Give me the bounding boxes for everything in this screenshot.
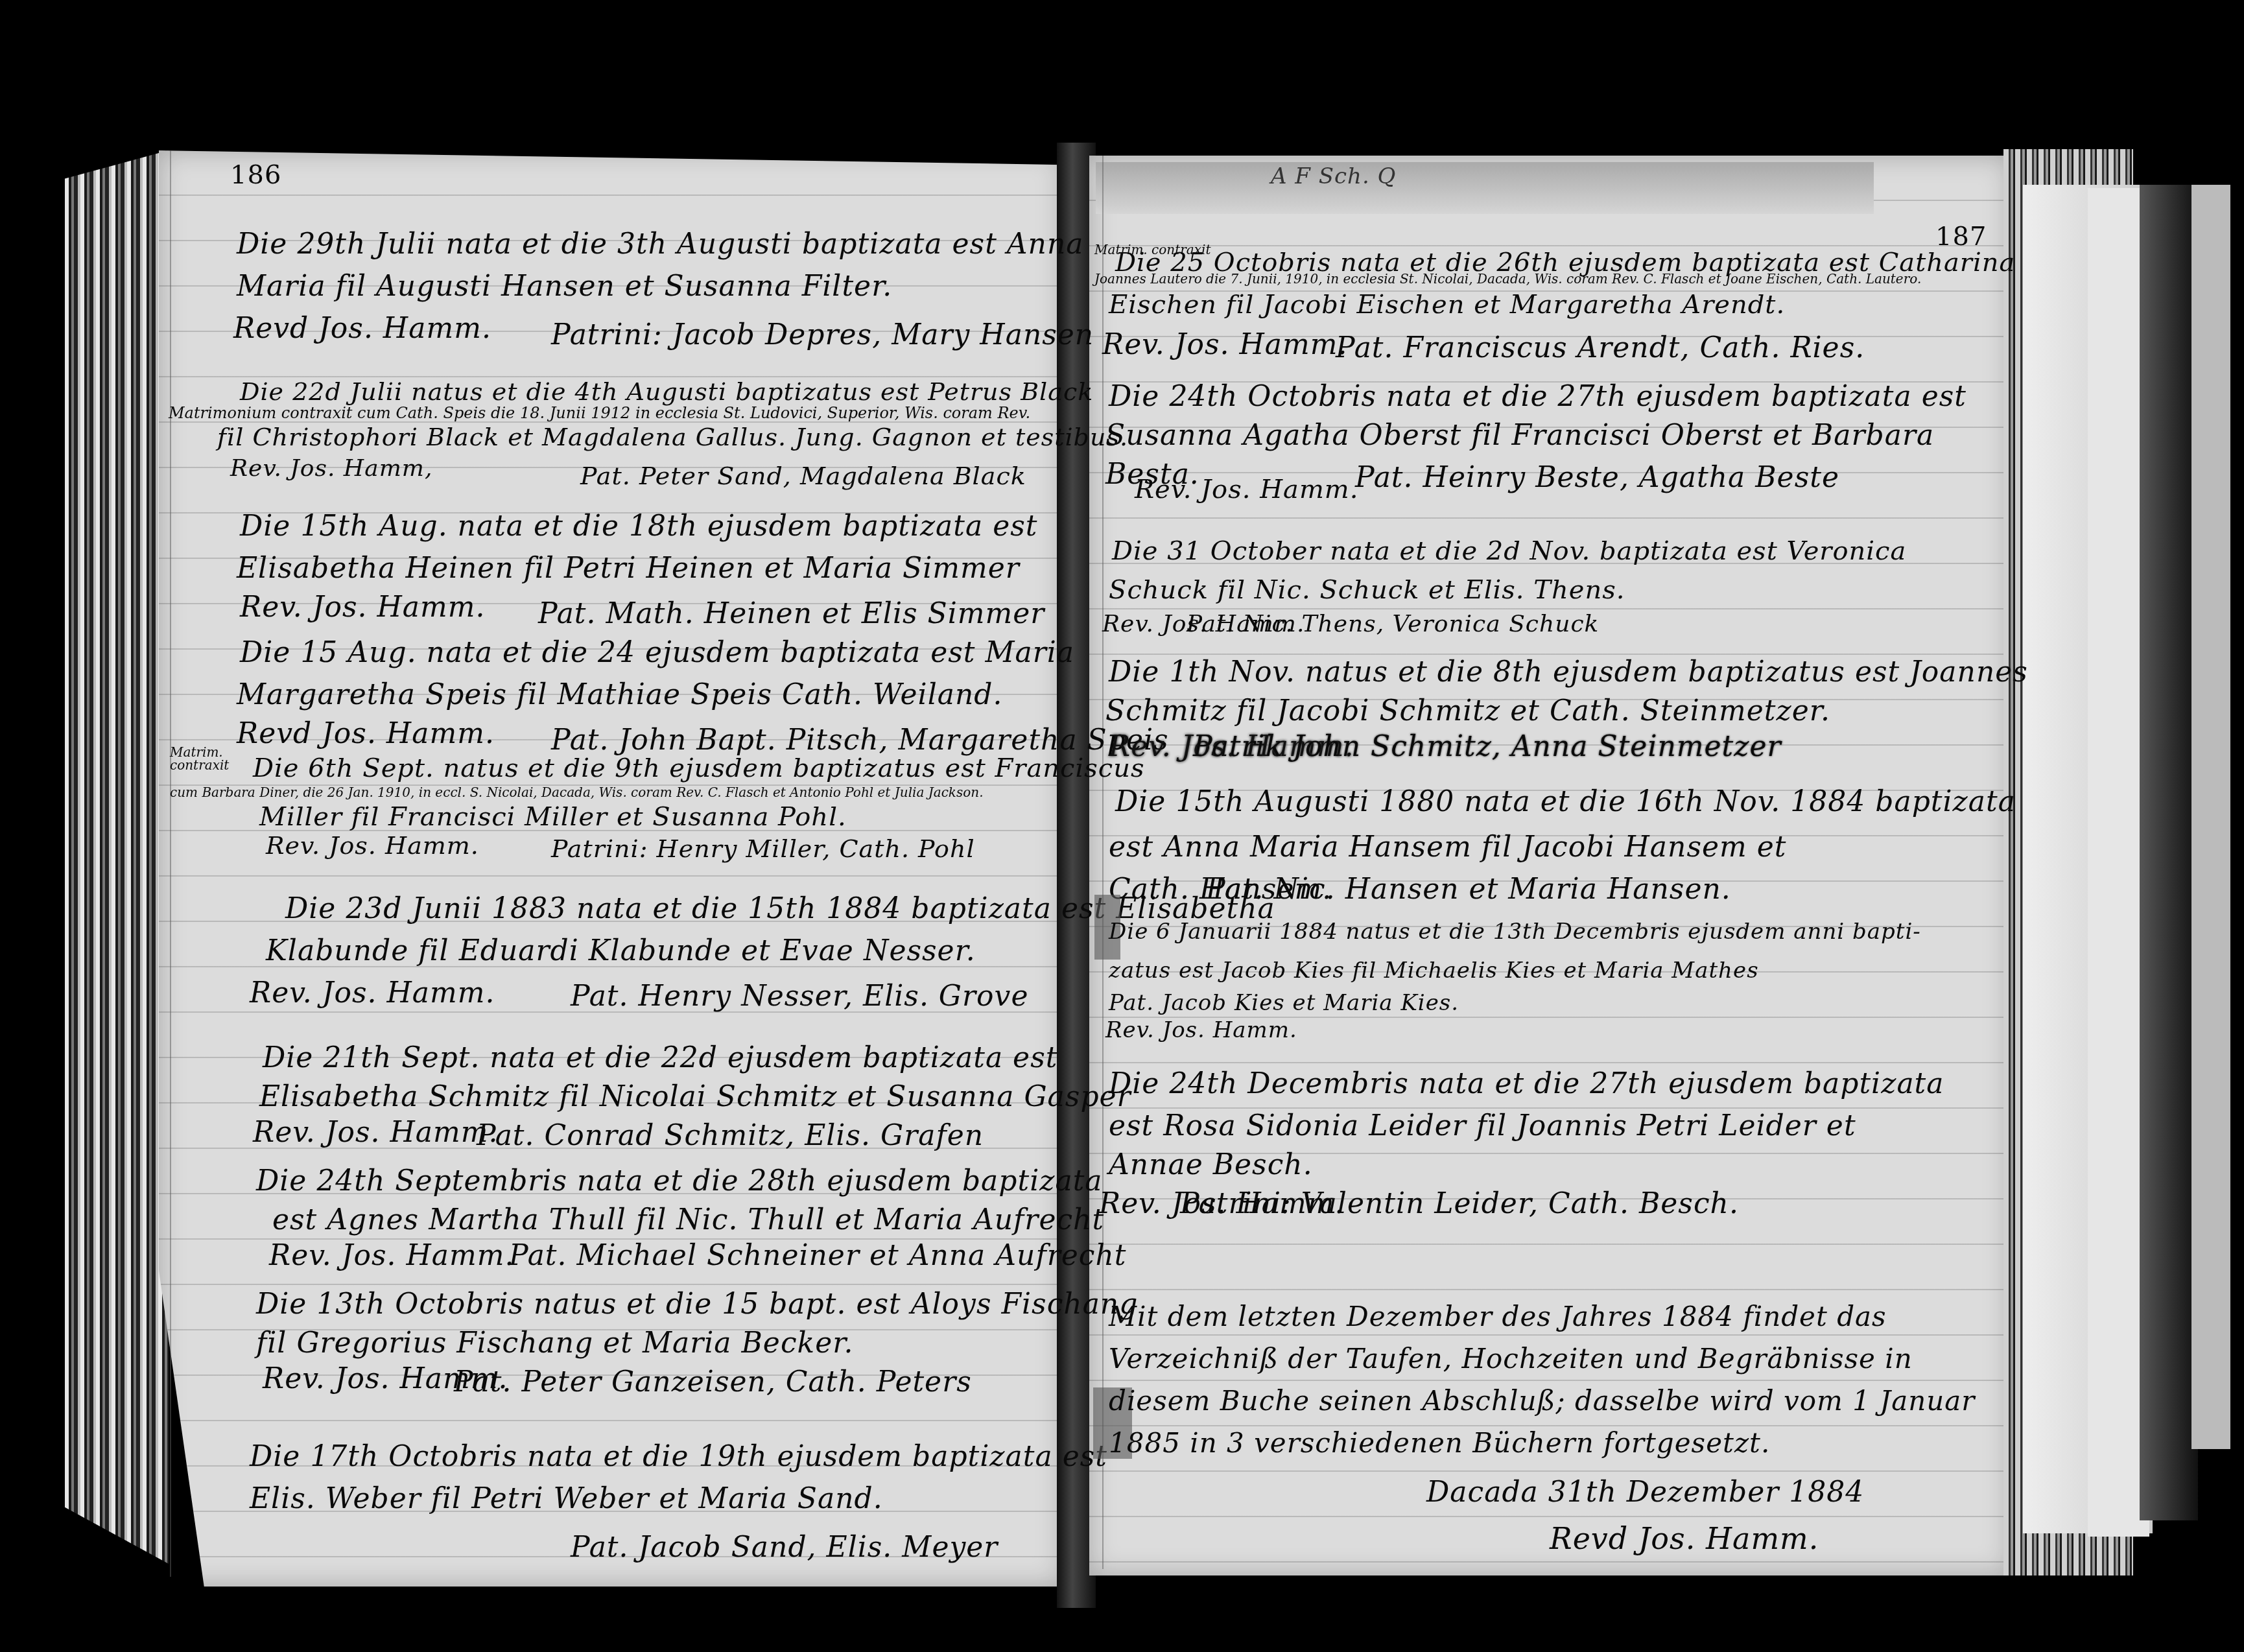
entry-line: Die 21th Sept. nata et die 22d ejusdem b… [263, 1044, 1057, 1072]
entry-sponsors: Pat. Michael Schneiner et Anna Aufrecht [509, 1242, 1126, 1270]
entry-line: Die 15th Augusti 1880 nata et die 16th N… [1115, 788, 2016, 816]
entry-sponsors: Patrini: Henry Miller, Cath. Pohl [551, 836, 975, 861]
entry-line: Susanna Agatha Oberst fil Francisci Ober… [1105, 421, 1934, 450]
entry-line: Die 15th Aug. nata et die 18th ejusdem b… [240, 512, 1038, 541]
entry-line: Klabunde fil Eduardi Klabunde et Evae Ne… [266, 937, 976, 965]
entry-sponsors: Pat. Franciscus Arendt, Cath. Ries. [1336, 334, 1865, 362]
entry-line: Die 15 Aug. nata et die 24 ejusdem bapti… [240, 639, 1074, 667]
left-page-edges [65, 150, 169, 1564]
closing-note-line: Mit dem letzten Dezember des Jahres 1884… [1109, 1303, 1887, 1330]
entry-line: fil Gregorius Fischang et Maria Becker. [256, 1329, 853, 1358]
entry-priest: Revd Jos. Hamm. [233, 314, 491, 343]
entry-line: zatus est Jacob Kies fil Michaelis Kies … [1109, 960, 1759, 982]
entry-priest: Rev. Jos. Hamm. [250, 979, 495, 1008]
inserted-slip-dark [2140, 185, 2198, 1520]
entry-line: Die 24th Octobris nata et die 27th ejusd… [1109, 383, 1966, 411]
entry-line: Schmitz fil Jacobi Schmitz et Cath. Stei… [1105, 697, 1830, 726]
page-number-left: 186 [230, 162, 281, 188]
entry-line: Elisabetha Schmitz fil Nicolai Schmitz e… [259, 1083, 1131, 1111]
entry-sponsors: Patrini: Valentin Leider, Cath. Besch. [1180, 1190, 1739, 1218]
entry-line: Die 17th Octobris nata et die 19th ejusd… [250, 1443, 1107, 1471]
entry-priest: Rev. Jos. Hamm, [230, 457, 432, 480]
entry-line: Die 22d Julii natus et die 4th Augusti b… [240, 379, 1093, 404]
index-tab-letters: A F Sch. Q [1271, 165, 1396, 187]
margin-annotation: Matrimonium contraxit cum Cath. Speis di… [169, 405, 1030, 421]
entry-priest: Rev. Jos. Hamm. [1135, 477, 1358, 502]
entry-sponsors: Pat. Peter Ganzeisen, Cath. Peters [454, 1368, 972, 1397]
entry-line: Margaretha Speis fil Mathiae Speis Cath.… [237, 681, 1002, 709]
margin-annotation: cum Barbara Diner, die 26 Jan. 1910, in … [170, 786, 984, 799]
entry-line: Die 24th Septembris nata et die 28th eju… [256, 1167, 1103, 1196]
entry-priest: Rev. Jos. Hamm. [240, 593, 486, 622]
entry-line: Elis. Weber fil Petri Weber et Maria San… [250, 1485, 883, 1513]
right-margin-rule [1102, 156, 1104, 1569]
entry-line: est Rosa Sidonia Leider fil Joannis Petr… [1109, 1112, 1856, 1140]
entry-line: Eischen fil Jacobi Eischen et Margaretha… [1109, 292, 1785, 318]
entry-sponsors: Pat. Math. Heinen et Elis Simmer [538, 600, 1045, 628]
entry-line: Miller fil Francisci Miller et Susanna P… [259, 804, 847, 830]
entry-line: Die 29th Julii nata et die 3th Augusti b… [237, 230, 1084, 259]
entry-line: Pat. Jacob Kies et Maria Kies. [1109, 992, 1459, 1014]
closing-note-line: diesem Buche seinen Abschluß; dasselbe w… [1109, 1387, 1975, 1415]
entry-line: Die 13th Octobris natus et die 15 bapt. … [256, 1290, 1138, 1319]
margin-annotation: Joannes Lautero die 7. Junii, 1910, in e… [1094, 272, 1921, 285]
entry-line: Schuck fil Nic. Schuck et Elis. Thens. [1109, 577, 1625, 603]
entry-line: Die 1th Nov. natus et die 8th ejusdem ba… [1109, 658, 2028, 687]
entry-priest: Rev. Jos. Hamm. [1105, 1019, 1297, 1041]
entry-line: Annae Besch. [1109, 1151, 1313, 1179]
entry-line: fil Christophori Black et Magdalena Gall… [217, 425, 1128, 449]
entry-sponsors: Pat. John Bapt. Pitsch, Margaretha Speis [551, 726, 1169, 755]
closing-note-line: Verzeichniß der Taufen, Hochzeiten und B… [1109, 1345, 1913, 1373]
entry-line: est Agnes Martha Thull fil Nic. Thull et… [272, 1206, 1104, 1234]
entry-sponsors: Pat. Conrad Schmitz, Elis. Grafen [477, 1122, 984, 1150]
entry-priest: Rev. Jos. Hamm. [253, 1118, 499, 1147]
left-margin-rule [170, 150, 171, 1577]
entry-line: Die 31 October nata et die 2d Nov. bapti… [1112, 538, 1906, 564]
entry-sponsors: Pat. Peter Sand, Magdalena Black [580, 464, 1026, 488]
closing-place-date: Dacada 31th Dezember 1884 [1426, 1478, 1864, 1507]
entry-line: Elisabetha Heinen fil Petri Heinen et Ma… [237, 554, 1020, 583]
margin-label: Matrim. contraxit [170, 746, 222, 772]
index-tab-strip [1096, 162, 1874, 214]
entry-line: Die 6th Sept. natus et die 9th ejusdem b… [253, 755, 1144, 781]
entry-priest: Rev. Jos. Hamm. [1102, 331, 1348, 359]
entry-sponsors: Pat. Nic. Hansen et Maria Hansen. [1206, 875, 1731, 904]
entry-line: Die 6 Januarii 1884 natus et die 13th De… [1109, 921, 1921, 943]
entry-line: Die 24th Decembris nata et die 27th ejus… [1109, 1070, 1944, 1098]
entry-sponsors: Pat. Nic. Thens, Veronica Schuck [1187, 613, 1599, 636]
entry-sponsors: Patrini: Jacob Depres, Mary Hansen [551, 321, 1094, 349]
entry-sponsors: Pat. Jacob Sand, Elis. Meyer [571, 1533, 998, 1562]
entry-sponsors: Pat. Henry Nesser, Elis. Grove [571, 982, 1028, 1011]
entry-priest: Revd Jos. Hamm. [237, 720, 495, 748]
closing-signature: Revd Jos. Hamm. [1550, 1524, 1819, 1553]
entry-line: Maria fil Augusti Hansen et Susanna Filt… [237, 272, 892, 301]
entry-priest: Rev. Jos. Hamm. [269, 1242, 515, 1270]
entry-line: est Anna Maria Hansem fil Jacobi Hansem … [1109, 833, 1786, 862]
page-number-right: 187 [1935, 224, 1987, 250]
closing-note-line: 1885 in 3 verschiedenen Büchern fortgese… [1109, 1430, 1770, 1457]
entry-sponsors: Pat. Heinry Beste, Agatha Beste [1355, 464, 1839, 492]
entry-sponsors: Patrik John Schmitz, Anna Steinmetzer [1193, 733, 1781, 761]
entry-priest: Rev. Jos. Hamm. [266, 833, 479, 858]
inserted-slip [2191, 185, 2230, 1449]
